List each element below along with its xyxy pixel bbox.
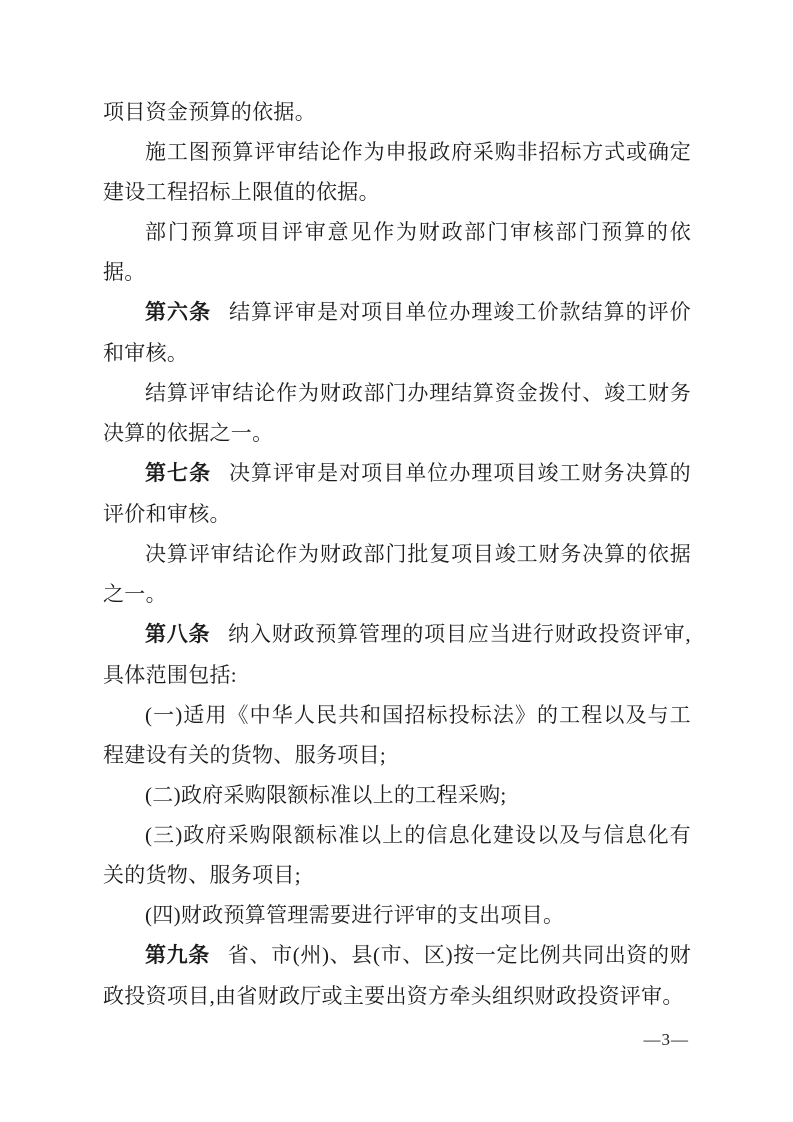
paragraph-text: (四)财政预算管理需要进行评审的支出项目。 <box>145 903 564 927</box>
article-number: 第九条 <box>145 944 210 967</box>
document-body: 项目资金预算的依据。施工图预算评审结论作为申报政府采购非招标方式或确定建设工程招… <box>103 92 691 1016</box>
article-paragraph: 第八条纳入财政预算管理的项目应当进行财政投资评审,具体范围包括: <box>103 614 691 695</box>
body-paragraph: (四)财政预算管理需要进行评审的支出项目。 <box>103 895 691 935</box>
body-paragraph: 项目资金预算的依据。 <box>103 92 691 132</box>
paragraph-text: 决算评审结论作为财政部门批复项目竣工财务决算的依据之一。 <box>103 542 691 606</box>
paragraph-text: (一)适用《中华人民共和国招标投标法》的工程以及与工程建设有关的货物、服务项目; <box>103 703 691 767</box>
article-number: 第七条 <box>145 462 211 485</box>
paragraph-text: 部门预算项目评审意见作为财政部门审核部门预算的依据。 <box>103 220 691 284</box>
article-number: 第六条 <box>145 301 211 324</box>
body-paragraph: (一)适用《中华人民共和国招标投标法》的工程以及与工程建设有关的货物、服务项目; <box>103 695 691 775</box>
paragraph-text: (三)政府采购限额标准以上的信息化建设以及与信息化有关的货物、服务项目; <box>103 823 691 887</box>
paragraph-text: 项目资金预算的依据。 <box>103 100 316 124</box>
paragraph-text: 结算评审结论作为财政部门办理结算资金拨付、竣工财务决算的依据之一。 <box>103 381 691 445</box>
page-number: —3— <box>644 1030 690 1049</box>
article-paragraph: 第七条决算评审是对项目单位办理项目竣工财务决算的评价和审核。 <box>103 453 691 534</box>
document-page: 项目资金预算的依据。施工图预算评审结论作为申报政府采购非招标方式或确定建设工程招… <box>0 0 793 1122</box>
paragraph-text: (二)政府采购限额标准以上的工程采购; <box>145 783 507 807</box>
article-paragraph: 第六条结算评审是对项目单位办理竣工价款结算的评价和审核。 <box>103 292 691 373</box>
body-paragraph: (二)政府采购限额标准以上的工程采购; <box>103 775 691 815</box>
page-footer: —3— <box>101 1028 689 1052</box>
article-paragraph: 第九条省、市(州)、县(市、区)按一定比例共同出资的财政投资项目,由省财政厅或主… <box>103 935 691 1016</box>
body-paragraph: (三)政府采购限额标准以上的信息化建设以及与信息化有关的货物、服务项目; <box>103 815 691 895</box>
article-number: 第八条 <box>145 623 210 646</box>
body-paragraph: 结算评审结论作为财政部门办理结算资金拨付、竣工财务决算的依据之一。 <box>103 373 691 453</box>
body-paragraph: 决算评审结论作为财政部门批复项目竣工财务决算的依据之一。 <box>103 534 691 614</box>
paragraph-text: 施工图预算评审结论作为申报政府采购非招标方式或确定建设工程招标上限值的依据。 <box>103 140 691 204</box>
body-paragraph: 部门预算项目评审意见作为财政部门审核部门预算的依据。 <box>103 212 691 292</box>
body-paragraph: 施工图预算评审结论作为申报政府采购非招标方式或确定建设工程招标上限值的依据。 <box>103 132 691 212</box>
